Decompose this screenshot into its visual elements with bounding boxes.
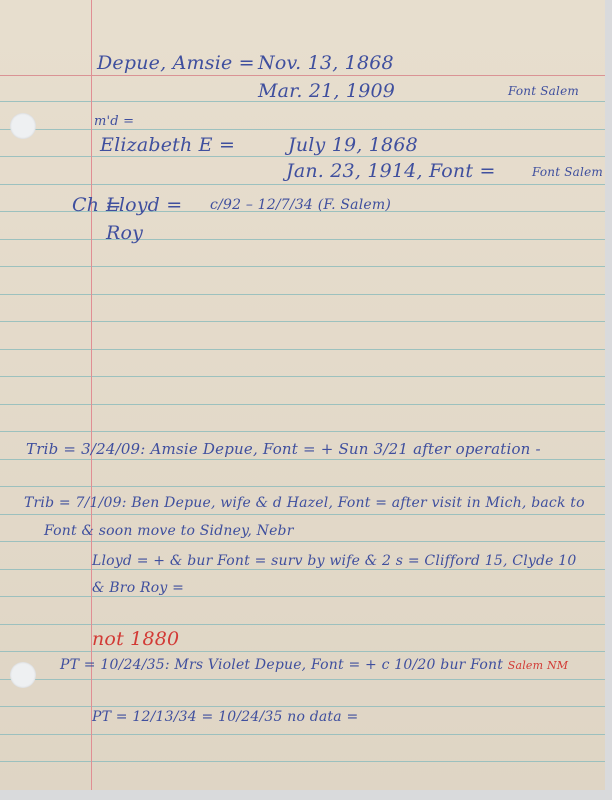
spouse-name: Elizabeth E = [100, 134, 235, 156]
lloyd-obit-line-1: Lloyd = + & bur Font = surv by wife & 2 … [92, 553, 577, 569]
death-date: Mar. 21, 1909 [258, 80, 395, 102]
subject-name: Depue, Amsie = [97, 52, 255, 74]
red-correction-note: not 1880 [92, 628, 179, 650]
married-label: m'd = [94, 114, 134, 129]
trib-note-july-1909-line-2: Font & soon move to Sidney, Nebr [44, 523, 294, 539]
notebook-page: Depue, Amsie = Nov. 13, 1868 Mar. 21, 19… [0, 0, 605, 790]
child-roy: Roy [106, 222, 143, 244]
child-lloyd: Lloyd = [106, 194, 182, 216]
spouse-birth: July 19, 1868 [288, 134, 418, 156]
trib-note-march-1909: Trib = 3/24/09: Amsie Depue, Font = + Su… [26, 440, 541, 458]
pt-entry-1934: PT = 12/13/34 = 10/24/35 no data = [92, 709, 358, 725]
child-lloyd-dates: c/92 – 12/7/34 (F. Salem) [210, 197, 391, 213]
punch-hole [10, 662, 36, 688]
birth-date: Nov. 13, 1868 [258, 52, 394, 74]
pt-entry-1935-red-note: Salem NM [508, 659, 569, 672]
pt-entry-1935: PT = 10/24/35: Mrs Violet Depue, Font = … [60, 657, 568, 673]
lloyd-obit-line-2: & Bro Roy = [92, 580, 184, 596]
punch-hole [10, 113, 36, 139]
trib-note-july-1909-line-1: Trib = 7/1/09: Ben Depue, wife & d Hazel… [24, 495, 585, 511]
spouse-death: Jan. 23, 1914, Font = [286, 160, 496, 182]
place-note: Font Salem [508, 84, 579, 98]
pt-entry-1935-text: PT = 10/24/35: Mrs Violet Depue, Font = … [60, 657, 503, 673]
spouse-place: Font Salem [532, 165, 603, 179]
